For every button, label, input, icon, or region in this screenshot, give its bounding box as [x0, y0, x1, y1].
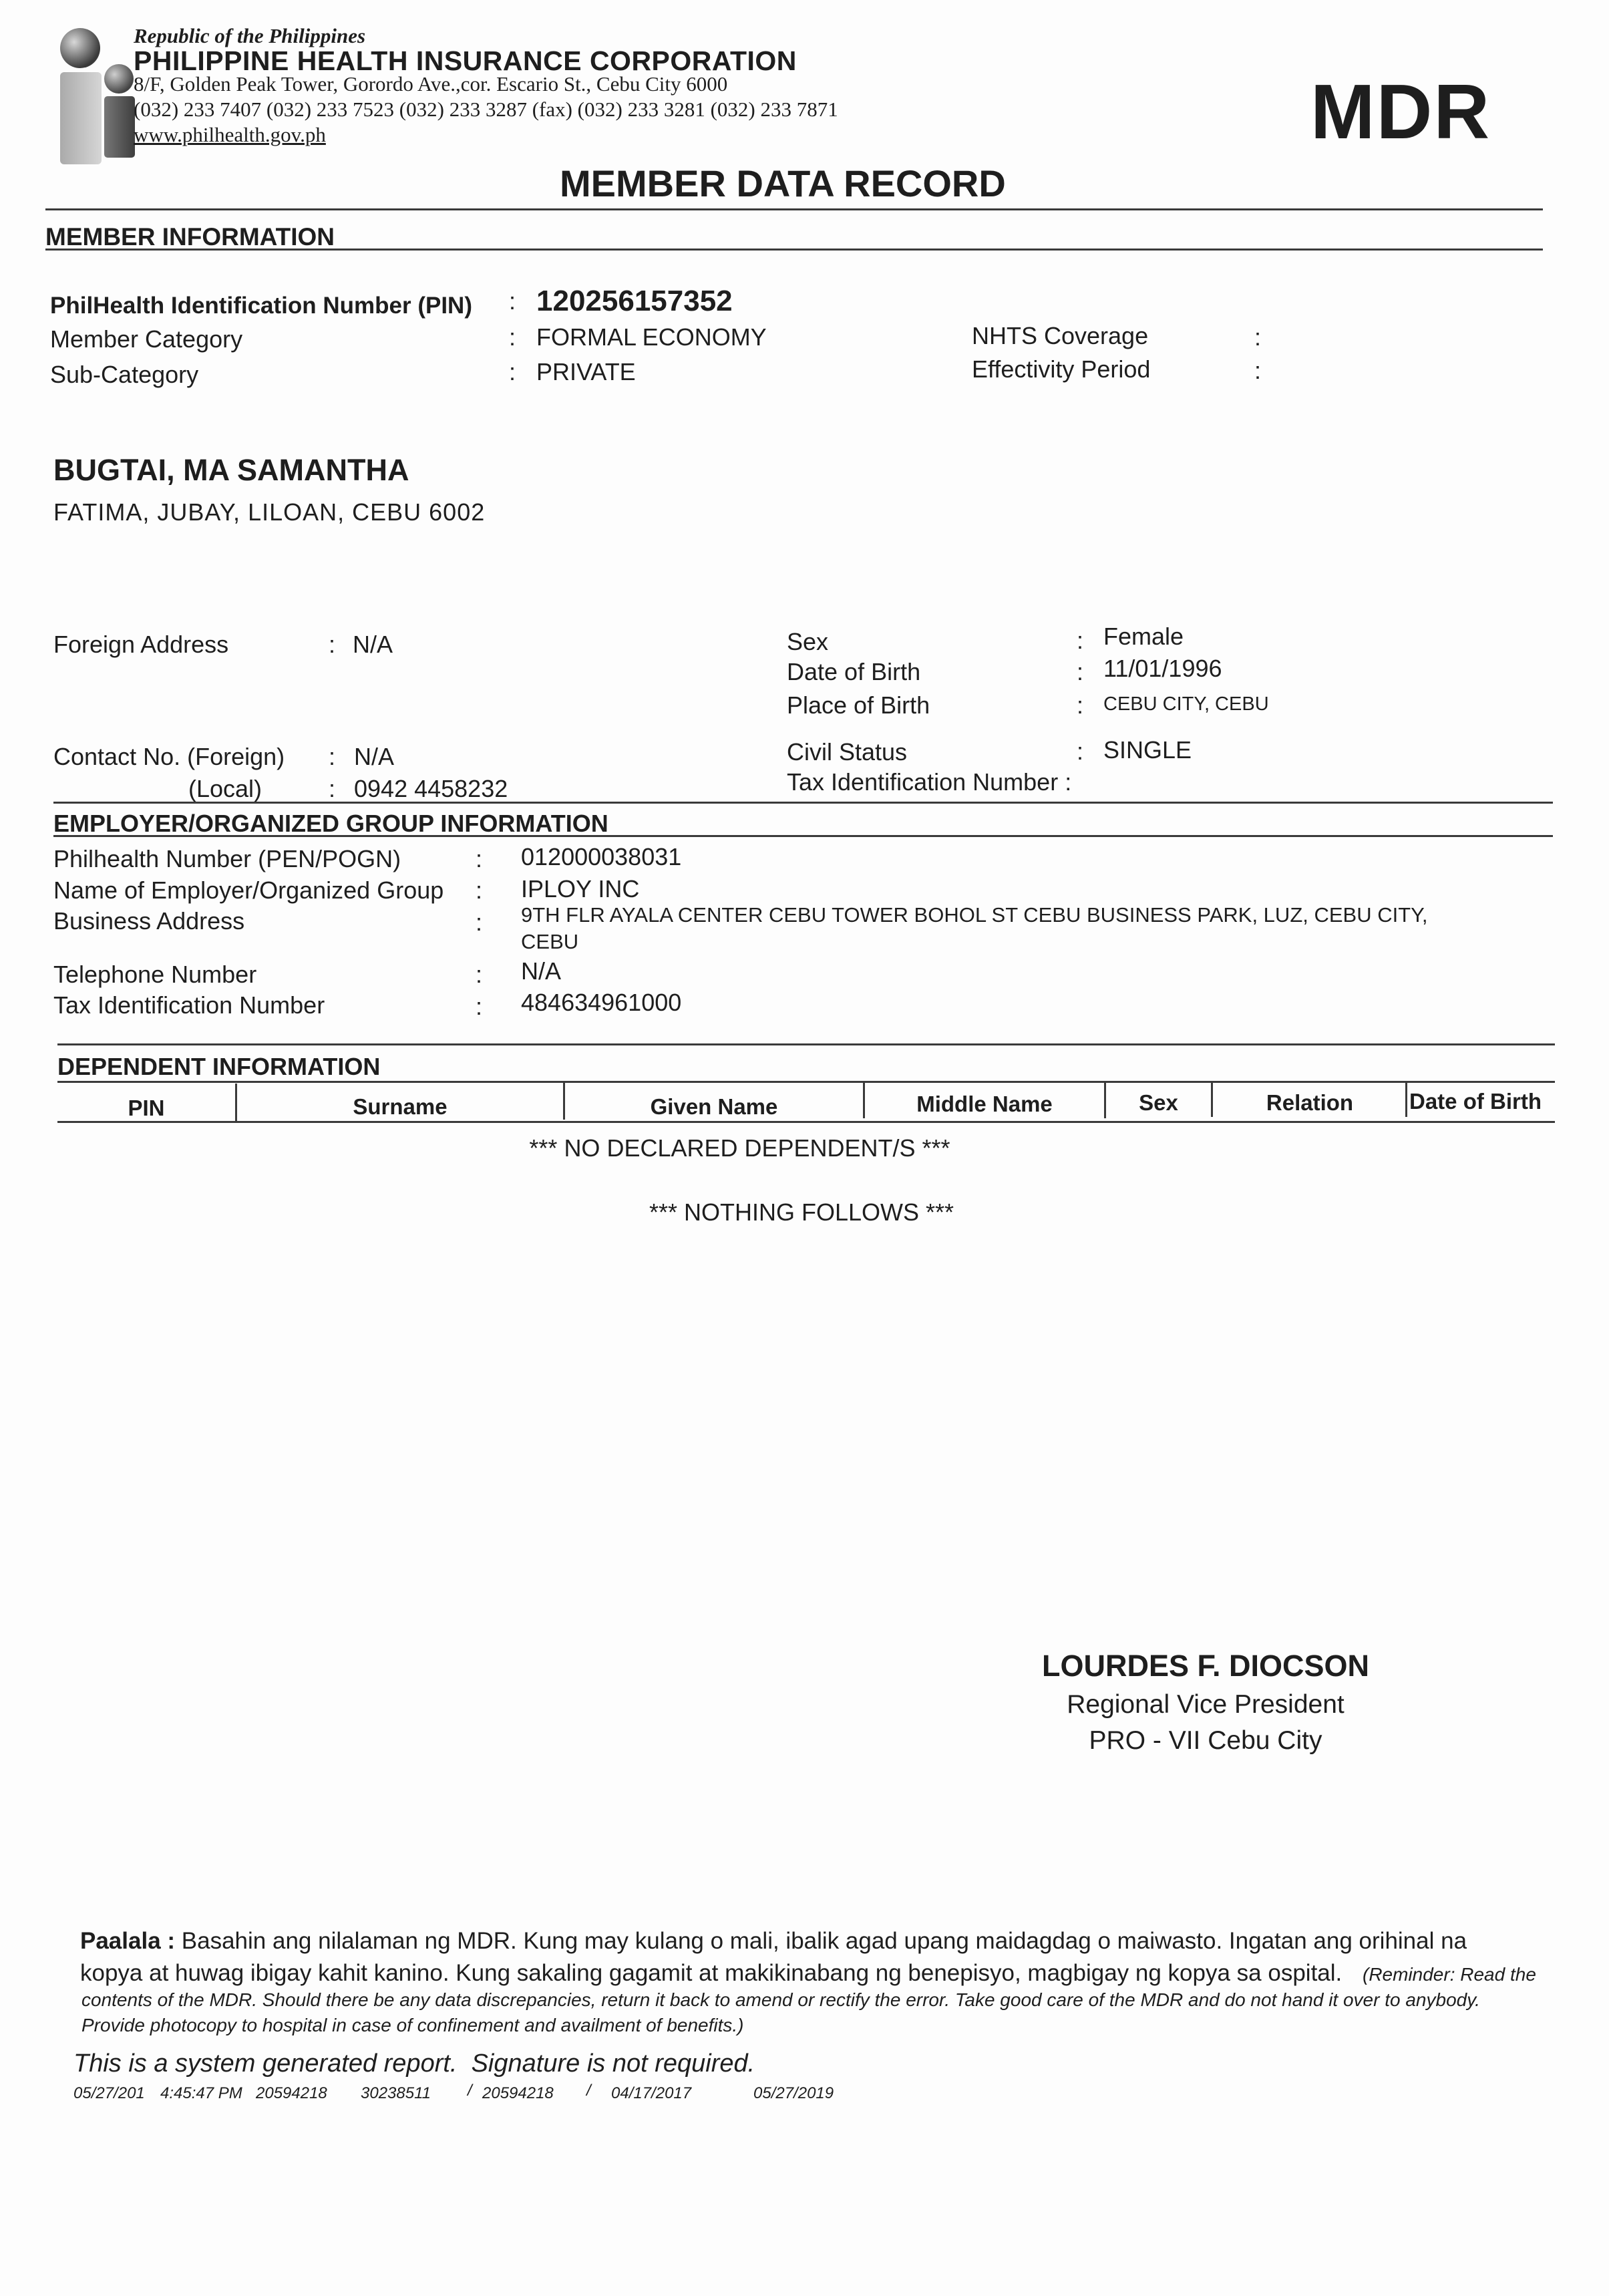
- col-relation: Relation: [1213, 1090, 1407, 1116]
- foreign-address-label: Foreign Address: [53, 631, 228, 659]
- notice-line-3: contents of the MDR. Should there be any…: [81, 1989, 1480, 2011]
- date-1: 04/17/2017: [611, 2084, 691, 2103]
- telephone-value: N/A: [521, 957, 561, 985]
- pin-value: 120256157352: [536, 285, 733, 318]
- pob-value: CEBU CITY, CEBU: [1103, 693, 1269, 715]
- colon: :: [476, 909, 482, 937]
- print-date: 05/27/201: [73, 2084, 145, 2103]
- colon: :: [1254, 323, 1261, 351]
- col-given-name: Given Name: [565, 1094, 863, 1120]
- pin-label: PhilHealth Identification Number (PIN): [50, 293, 472, 319]
- signatory-position: Regional Vice President: [1002, 1690, 1409, 1719]
- website-link[interactable]: www.philhealth.gov.ph: [134, 123, 326, 147]
- reference-3: 20594218: [482, 2084, 554, 2103]
- member-tin-label-text: Tax Identification Number: [787, 768, 1058, 796]
- republic-label: Republic of the Philippines: [134, 24, 365, 48]
- print-time: 4:45:47 PM: [160, 2084, 242, 2103]
- civil-status-value: SINGLE: [1103, 736, 1192, 764]
- col-date-of-birth: Date of Birth: [1409, 1089, 1556, 1114]
- separator: /: [468, 2082, 472, 2100]
- member-section-title: MEMBER INFORMATION: [45, 223, 335, 251]
- sub-category-value: PRIVATE: [536, 358, 636, 386]
- col-middle-name: Middle Name: [865, 1092, 1104, 1117]
- contact-foreign-value: N/A: [354, 743, 394, 771]
- business-address-label: Business Address: [53, 907, 244, 935]
- business-address-line1: 9TH FLR AYALA CENTER CEBU TOWER BOHOL ST…: [521, 903, 1427, 927]
- notice-overprint: (Reminder: Read the: [1363, 1964, 1536, 1985]
- colon: :: [476, 845, 482, 873]
- notice-line-1: Paalala : Basahin ang nilalaman ng MDR. …: [80, 1928, 1467, 1955]
- member-address: FATIMA, JUBAY, LILOAN, CEBU 6002: [53, 498, 485, 526]
- colon: :: [329, 631, 335, 659]
- divider: [45, 208, 1543, 210]
- member-tin-label: Tax Identification Number :: [787, 768, 1071, 796]
- colon: :: [509, 358, 516, 386]
- contact-local-value: 0942 4458232: [354, 775, 508, 803]
- employer-name-label: Name of Employer/Organized Group: [53, 876, 443, 905]
- colon: :: [1077, 691, 1083, 719]
- foreign-address-value: N/A: [353, 631, 393, 659]
- colon: :: [1254, 357, 1261, 385]
- colon: :: [1077, 658, 1083, 686]
- mdr-badge: MDR: [1310, 67, 1491, 156]
- colon: :: [509, 323, 516, 351]
- pob-label: Place of Birth: [787, 691, 930, 719]
- colon: :: [1077, 737, 1083, 766]
- col-surname: Surname: [237, 1094, 563, 1120]
- sub-category-label: Sub-Category: [50, 361, 198, 389]
- effectivity-period-label: Effectivity Period: [972, 355, 1150, 383]
- system-generated-note: This is a system generated report. Signa…: [73, 2049, 755, 2078]
- divider: [53, 835, 1553, 837]
- notice-label: Paalala :: [80, 1928, 175, 1954]
- contact-foreign-label: Contact No. (Foreign): [53, 743, 285, 771]
- divider: [57, 1043, 1555, 1045]
- office-address: 8/F, Golden Peak Tower, Gorordo Ave.,cor…: [134, 72, 727, 96]
- colon: :: [329, 775, 335, 803]
- notice-line-4: Provide photocopy to hospital in case of…: [81, 2015, 743, 2036]
- sex-value: Female: [1103, 623, 1184, 651]
- page-title: MEMBER DATA RECORD: [560, 162, 1006, 205]
- contact-local-label: (Local): [188, 775, 262, 803]
- civil-status-label: Civil Status: [787, 738, 907, 766]
- colon: :: [476, 961, 482, 989]
- date-2: 05/27/2019: [753, 2084, 834, 2103]
- member-category-label: Member Category: [50, 325, 242, 353]
- col-sex: Sex: [1106, 1090, 1211, 1116]
- signatory-office: PRO - VII Cebu City: [1002, 1726, 1409, 1756]
- notice-line-2: kopya at huwag ibigay kahit kanino. Kung…: [80, 1960, 1342, 1987]
- divider: [45, 249, 1543, 251]
- dob-label: Date of Birth: [787, 658, 920, 686]
- member-category-value: FORMAL ECONOMY: [536, 323, 767, 351]
- pen-label: Philhealth Number (PEN/POGN): [53, 845, 401, 873]
- nhts-coverage-label: NHTS Coverage: [972, 322, 1148, 350]
- pen-value: 012000038031: [521, 843, 681, 871]
- signatory-name: LOURDES F. DIOCSON: [1002, 1649, 1409, 1683]
- telephone-label: Telephone Number: [53, 961, 256, 989]
- colon: :: [509, 287, 516, 315]
- employer-name-value: IPLOY INC: [521, 875, 639, 903]
- table-top-border: [57, 1081, 1555, 1083]
- separator: /: [586, 2082, 591, 2100]
- dob-value: 11/01/1996: [1103, 655, 1222, 683]
- business-address-line2: CEBU: [521, 930, 578, 954]
- col-pin: PIN: [57, 1096, 235, 1121]
- employer-tin-label: Tax Identification Number: [53, 991, 325, 1019]
- sex-label: Sex: [787, 628, 828, 656]
- colon: :: [329, 743, 335, 771]
- no-dependents-message: *** NO DECLARED DEPENDENT/S ***: [0, 1134, 1479, 1162]
- employer-tin-value: 484634961000: [521, 989, 681, 1017]
- nothing-follows-message: *** NOTHING FOLLOWS ***: [0, 1198, 1603, 1226]
- colon: :: [1077, 627, 1083, 655]
- member-name: BUGTAI, MA SAMANTHA: [53, 453, 409, 488]
- divider: [53, 802, 1553, 804]
- reference-2: 30238511: [361, 2084, 431, 2103]
- dependent-section-title: DEPENDENT INFORMATION: [57, 1053, 380, 1081]
- notice-text-1: Basahin ang nilalaman ng MDR. Kung may k…: [182, 1928, 1467, 1954]
- col-divider: [1405, 1081, 1407, 1117]
- employer-section-title: EMPLOYER/ORGANIZED GROUP INFORMATION: [53, 810, 608, 838]
- table-header-border: [57, 1121, 1555, 1123]
- colon: :: [476, 993, 482, 1021]
- reference-1: 20594218: [256, 2084, 327, 2103]
- colon: :: [476, 876, 482, 905]
- office-phones: (032) 233 7407 (032) 233 7523 (032) 233 …: [134, 98, 838, 122]
- notice-text-2: kopya at huwag ibigay kahit kanino. Kung…: [80, 1960, 1342, 1986]
